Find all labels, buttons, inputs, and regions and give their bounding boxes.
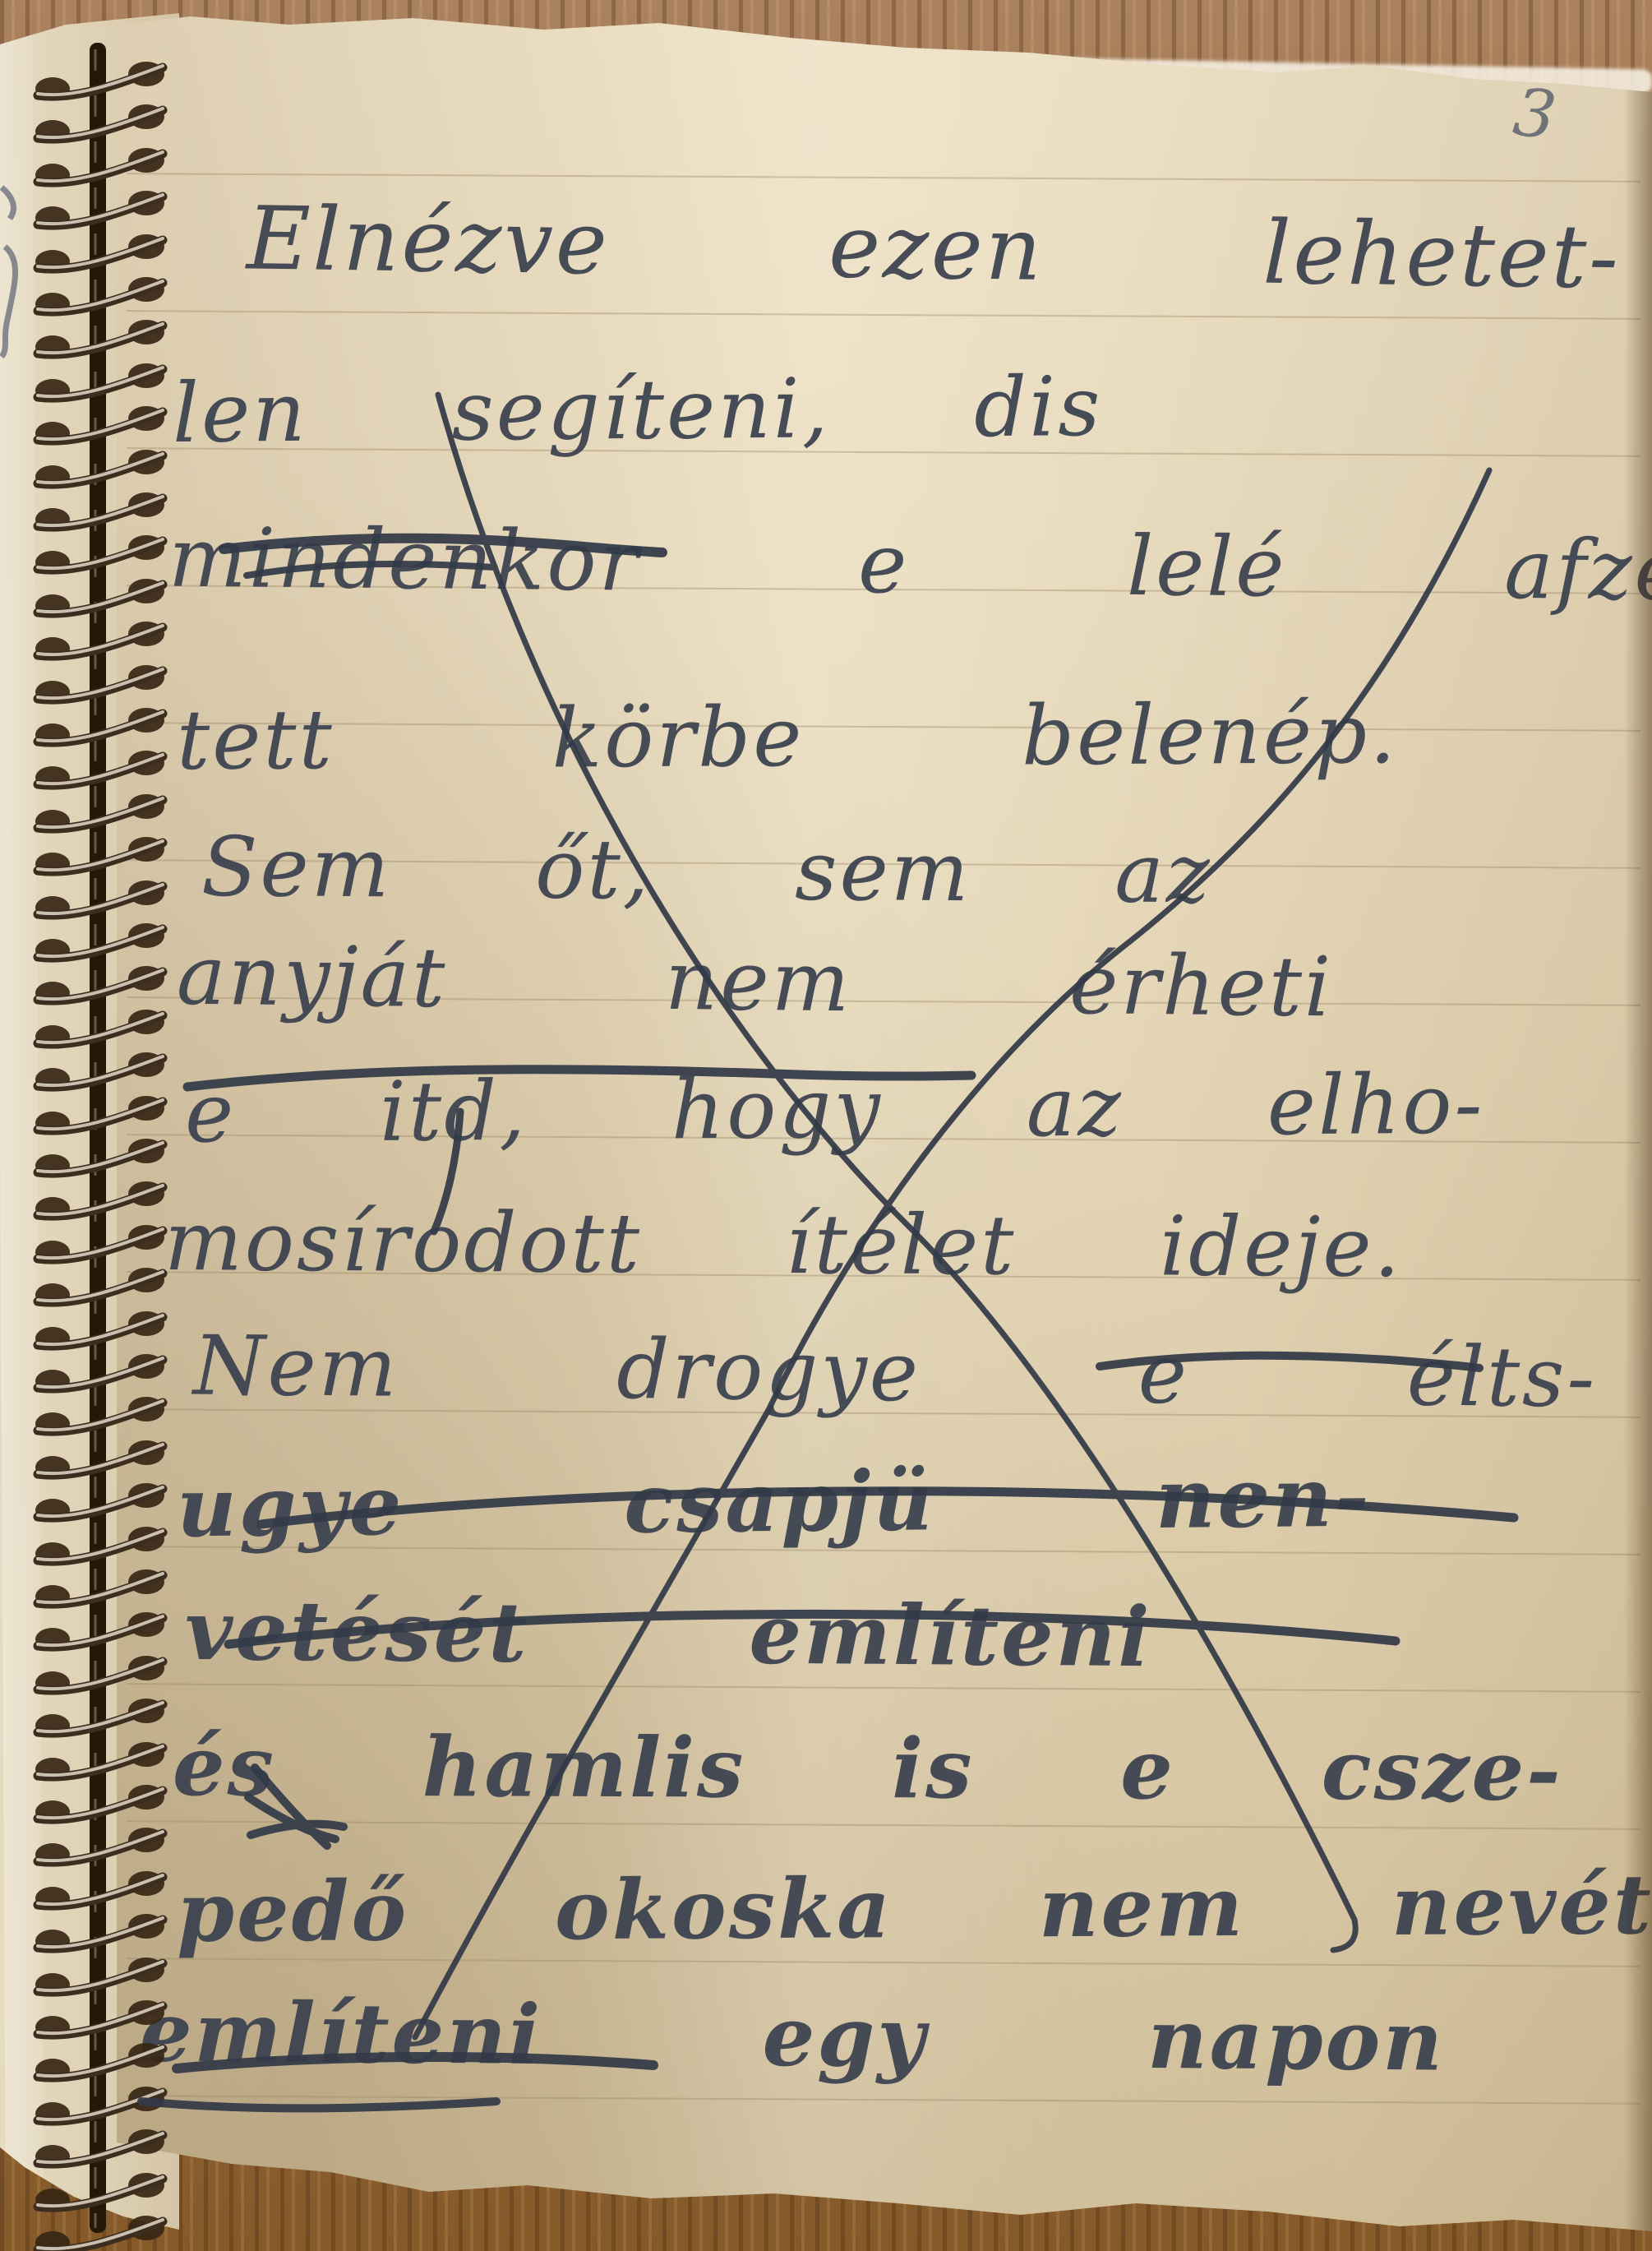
x-stroke-down-left bbox=[415, 470, 1489, 2037]
cross-out-x bbox=[0, 0, 1652, 2251]
strike-line-7 bbox=[187, 1070, 971, 1087]
strike-line-3b bbox=[247, 564, 495, 575]
x-stroke-down-right bbox=[438, 395, 1355, 1950]
strike-line-14 bbox=[177, 2057, 653, 2068]
comma-stroke bbox=[434, 1112, 460, 1232]
strike-line-3 bbox=[224, 538, 662, 552]
strike-line-11 bbox=[228, 1614, 1396, 1644]
strike-line-10 bbox=[261, 1491, 1514, 1524]
strike-line-9 bbox=[1100, 1356, 1479, 1368]
notebook-photo: 3 Elnézve ezen lehetet- len segíteni, di… bbox=[0, 0, 1652, 2251]
scribble-line-12 bbox=[248, 1768, 344, 1846]
strike-line-14b bbox=[141, 2101, 496, 2108]
